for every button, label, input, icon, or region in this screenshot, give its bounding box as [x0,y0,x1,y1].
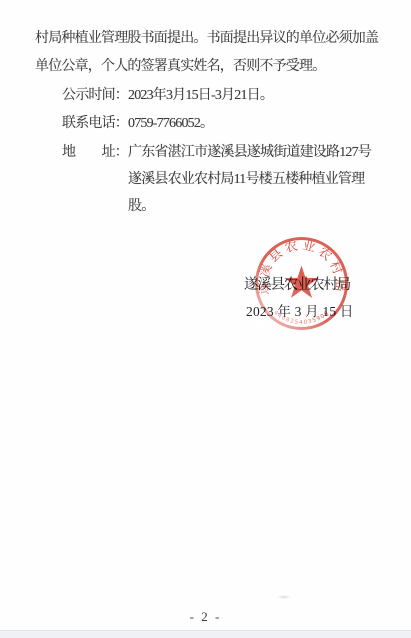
body-text-line: 村局种植业管理股书面提出。书面提出异议的单位必须加盖 [35,29,378,49]
contact-phone-label: 联系电话： [62,116,128,131]
scan-artifact [277,595,291,599]
public-notice-label: 公示时间： [62,88,128,103]
address-line: 地 址：广东省湛江市遂溪县遂城街道建设路127号 [62,143,371,163]
issue-date: 2023 年 3 月 15 日 [246,300,354,320]
contact-phone-value: 0759-7766052。 [128,116,213,131]
address-value: 广东省湛江市遂溪县遂城街道建设路127号 [128,145,371,160]
address-line: 股。 [128,197,154,217]
body-text-line: 单位公章，个人的签署真实姓名，否则不予受理。 [35,57,325,77]
public-notice-period-line: 公示时间：2023年3月15日-3月21日。 [62,86,273,106]
page-number: - 2 - [0,609,411,625]
document-page: 村局种植业管理股书面提出。书面提出异议的单位必须加盖 单位公章，个人的签署真实姓… [0,0,411,638]
issuer-name: 遂溪县农业农村局 [244,273,350,294]
scan-bottom-edge [0,630,411,638]
public-notice-value: 2023年3月15日-3月21日。 [128,88,273,103]
contact-phone-line: 联系电话：0759-7766052。 [62,114,213,134]
address-label: 地 址： [62,145,128,160]
address-line: 遂溪县农业农村局11号楼五楼种植业管理 [128,170,364,190]
